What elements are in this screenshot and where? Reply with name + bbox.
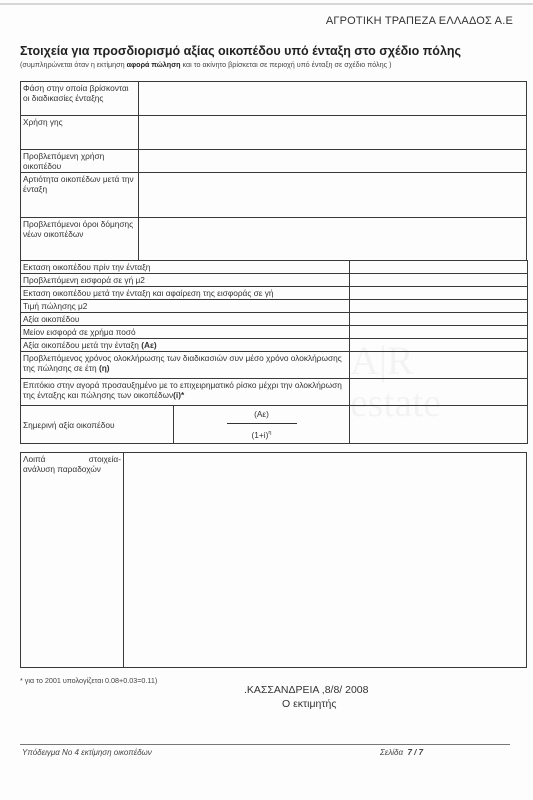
valuation-calc-table: Εκταση οικοπέδου πρίν την ένταξη Προβλεπ… bbox=[20, 260, 528, 444]
row-label: Προβλεπόμενοι όροι δόμησης νέων οικοπέδω… bbox=[21, 218, 139, 261]
row-label: Αρτιότητα οικοπέδων μετά την ένταξη bbox=[21, 173, 139, 218]
formula-denominator: (1+i) bbox=[252, 430, 269, 440]
table-row: Αξία οικοπέδου bbox=[21, 313, 528, 326]
row-label: Χρήση γης bbox=[21, 116, 139, 150]
label-text: Αξία οικοπέδου μετά την ένταξη bbox=[23, 340, 139, 350]
scan-top-edge bbox=[0, 3, 533, 5]
footer-template-name: Υπόδειγμα Νο 4 εκτίμηση οικοπέδων bbox=[22, 748, 152, 757]
row-label: Μείον εισφορά σε χρήμα ποσό bbox=[21, 326, 350, 339]
label-symbol: (η) bbox=[99, 363, 110, 373]
assessor-label: Ο εκτιμητής bbox=[282, 698, 336, 710]
subtitle-bold: αφορά πώληση bbox=[127, 60, 181, 69]
page-subtitle: (συμπληρώνεται όταν η εκτίμηση αφορά πώλ… bbox=[20, 60, 391, 69]
row-value[interactable] bbox=[350, 352, 528, 379]
table-row: Φάση στην οποία βρίσκονται οι διαδικασίε… bbox=[21, 82, 527, 116]
bank-name: ΑΓΡΟΤΙΚΗ ΤΡΑΠΕΖΑ ΕΛΛΑΔΟΣ Α.Ε bbox=[326, 15, 513, 27]
label-line1: Λοιπάστοιχεία- bbox=[23, 454, 121, 464]
subtitle-pre: (συμπληρώνεται όταν η εκτίμηση bbox=[20, 60, 127, 69]
row-label: Φάση στην οποία βρίσκονται οι διαδικασίε… bbox=[21, 82, 139, 116]
label-symbol: (Αε) bbox=[141, 340, 156, 350]
page-title: Στοιχεία για προσδιορισμό αξίας οικοπέδο… bbox=[20, 44, 461, 58]
row-value[interactable] bbox=[124, 453, 527, 668]
row-label: Επιτόκιο στην αγορά προσαυξημένο με το ε… bbox=[21, 379, 350, 406]
row-label: Αξία οικοπέδου bbox=[21, 313, 350, 326]
table-row: Προβλεπόμενη εισφορά σε γή μ2 bbox=[21, 274, 528, 287]
row-label: Τιμή πώλησης μ2 bbox=[21, 300, 350, 313]
fraction-bar bbox=[227, 423, 297, 424]
page-label: Σελίδα bbox=[380, 748, 403, 757]
footnote: * για το 2001 υπολογίζεται 0.08+0.03=0.1… bbox=[20, 676, 157, 685]
table-row: Μείον εισφορά σε χρήμα ποσό bbox=[21, 326, 528, 339]
table-row: Προβλεπόμενη χρήση οικοπέδου bbox=[21, 150, 527, 173]
row-label: Αξία οικοπέδου μετά την ένταξη (Αε) bbox=[21, 339, 350, 352]
row-value[interactable] bbox=[350, 287, 528, 300]
table-row: Χρήση γης bbox=[21, 116, 527, 150]
subtitle-post: και το ακίνητο βρίσκεται σε περιοχή υπό … bbox=[181, 60, 392, 69]
notes-table: Λοιπάστοιχεία- ανάλυση παραδοχών bbox=[20, 452, 527, 668]
row-label: Λοιπάστοιχεία- ανάλυση παραδοχών bbox=[21, 453, 124, 668]
table-row: Εκταση οικοπέδου πρίν την ένταξη bbox=[21, 261, 528, 274]
present-value-formula: (Αε) (1+i)η bbox=[174, 406, 350, 444]
row-label: Εκταση οικοπέδου πρίν την ένταξη bbox=[21, 261, 350, 274]
table-row: Σημερινή αξία οικοπέδου (Αε) (1+i)η bbox=[21, 406, 528, 444]
row-value[interactable] bbox=[350, 261, 528, 274]
table-row: Επιτόκιο στην αγορά προσαυξημένο με το ε… bbox=[21, 379, 528, 406]
row-value[interactable] bbox=[350, 313, 528, 326]
row-value[interactable] bbox=[139, 82, 527, 116]
row-label: Προβλεπόμενος χρόνος ολοκλήρωσης των δια… bbox=[21, 352, 350, 379]
land-status-table: Φάση στην οποία βρίσκονται οι διαδικασίε… bbox=[20, 81, 527, 261]
table-row: Τιμή πώλησης μ2 bbox=[21, 300, 528, 313]
formula-numerator: (Αε) bbox=[254, 409, 269, 419]
page-number: Σελίδα 7 / 7 bbox=[380, 748, 423, 757]
formula-exponent: η bbox=[268, 430, 271, 436]
row-value[interactable] bbox=[139, 218, 527, 261]
row-value[interactable] bbox=[350, 339, 528, 352]
page-count: 7 / 7 bbox=[408, 748, 424, 757]
row-label: Προβλεπόμενη χρήση οικοπέδου bbox=[21, 150, 139, 173]
row-value[interactable] bbox=[350, 274, 528, 287]
table-row: Λοιπάστοιχεία- ανάλυση παραδοχών bbox=[21, 453, 527, 668]
place-date: .ΚΑΣΣΑΝΔΡΕΙΑ ,8/8/ 2008 bbox=[244, 684, 368, 696]
table-row: Εκταση οικοπέδου μετά την ένταξη και αφα… bbox=[21, 287, 528, 300]
label-text: Προβλεπόμενος χρόνος ολοκλήρωσης των δια… bbox=[23, 353, 342, 373]
table-row: Προβλεπόμενοι όροι δόμησης νέων οικοπέδω… bbox=[21, 218, 527, 261]
label-line2: ανάλυση παραδοχών bbox=[23, 464, 121, 474]
row-value[interactable] bbox=[350, 300, 528, 313]
row-value[interactable] bbox=[350, 379, 528, 406]
label-word: στοιχεία- bbox=[89, 454, 121, 464]
row-value[interactable] bbox=[350, 406, 528, 444]
row-value[interactable] bbox=[350, 326, 528, 339]
row-label: Εκταση οικοπέδου μετά την ένταξη και αφα… bbox=[21, 287, 350, 300]
label-word: Λοιπά bbox=[23, 454, 45, 464]
label-symbol: (i)* bbox=[173, 390, 184, 400]
footer-divider bbox=[20, 744, 510, 745]
table-row: Αξία οικοπέδου μετά την ένταξη (Αε) bbox=[21, 339, 528, 352]
row-value[interactable] bbox=[139, 116, 527, 150]
table-row: Αρτιότητα οικοπέδων μετά την ένταξη bbox=[21, 173, 527, 218]
row-label: Προβλεπόμενη εισφορά σε γή μ2 bbox=[21, 274, 350, 287]
row-label: Σημερινή αξία οικοπέδου bbox=[21, 406, 174, 444]
row-value[interactable] bbox=[139, 173, 527, 218]
table-row: Προβλεπόμενος χρόνος ολοκλήρωσης των δια… bbox=[21, 352, 528, 379]
row-value[interactable] bbox=[139, 150, 527, 173]
